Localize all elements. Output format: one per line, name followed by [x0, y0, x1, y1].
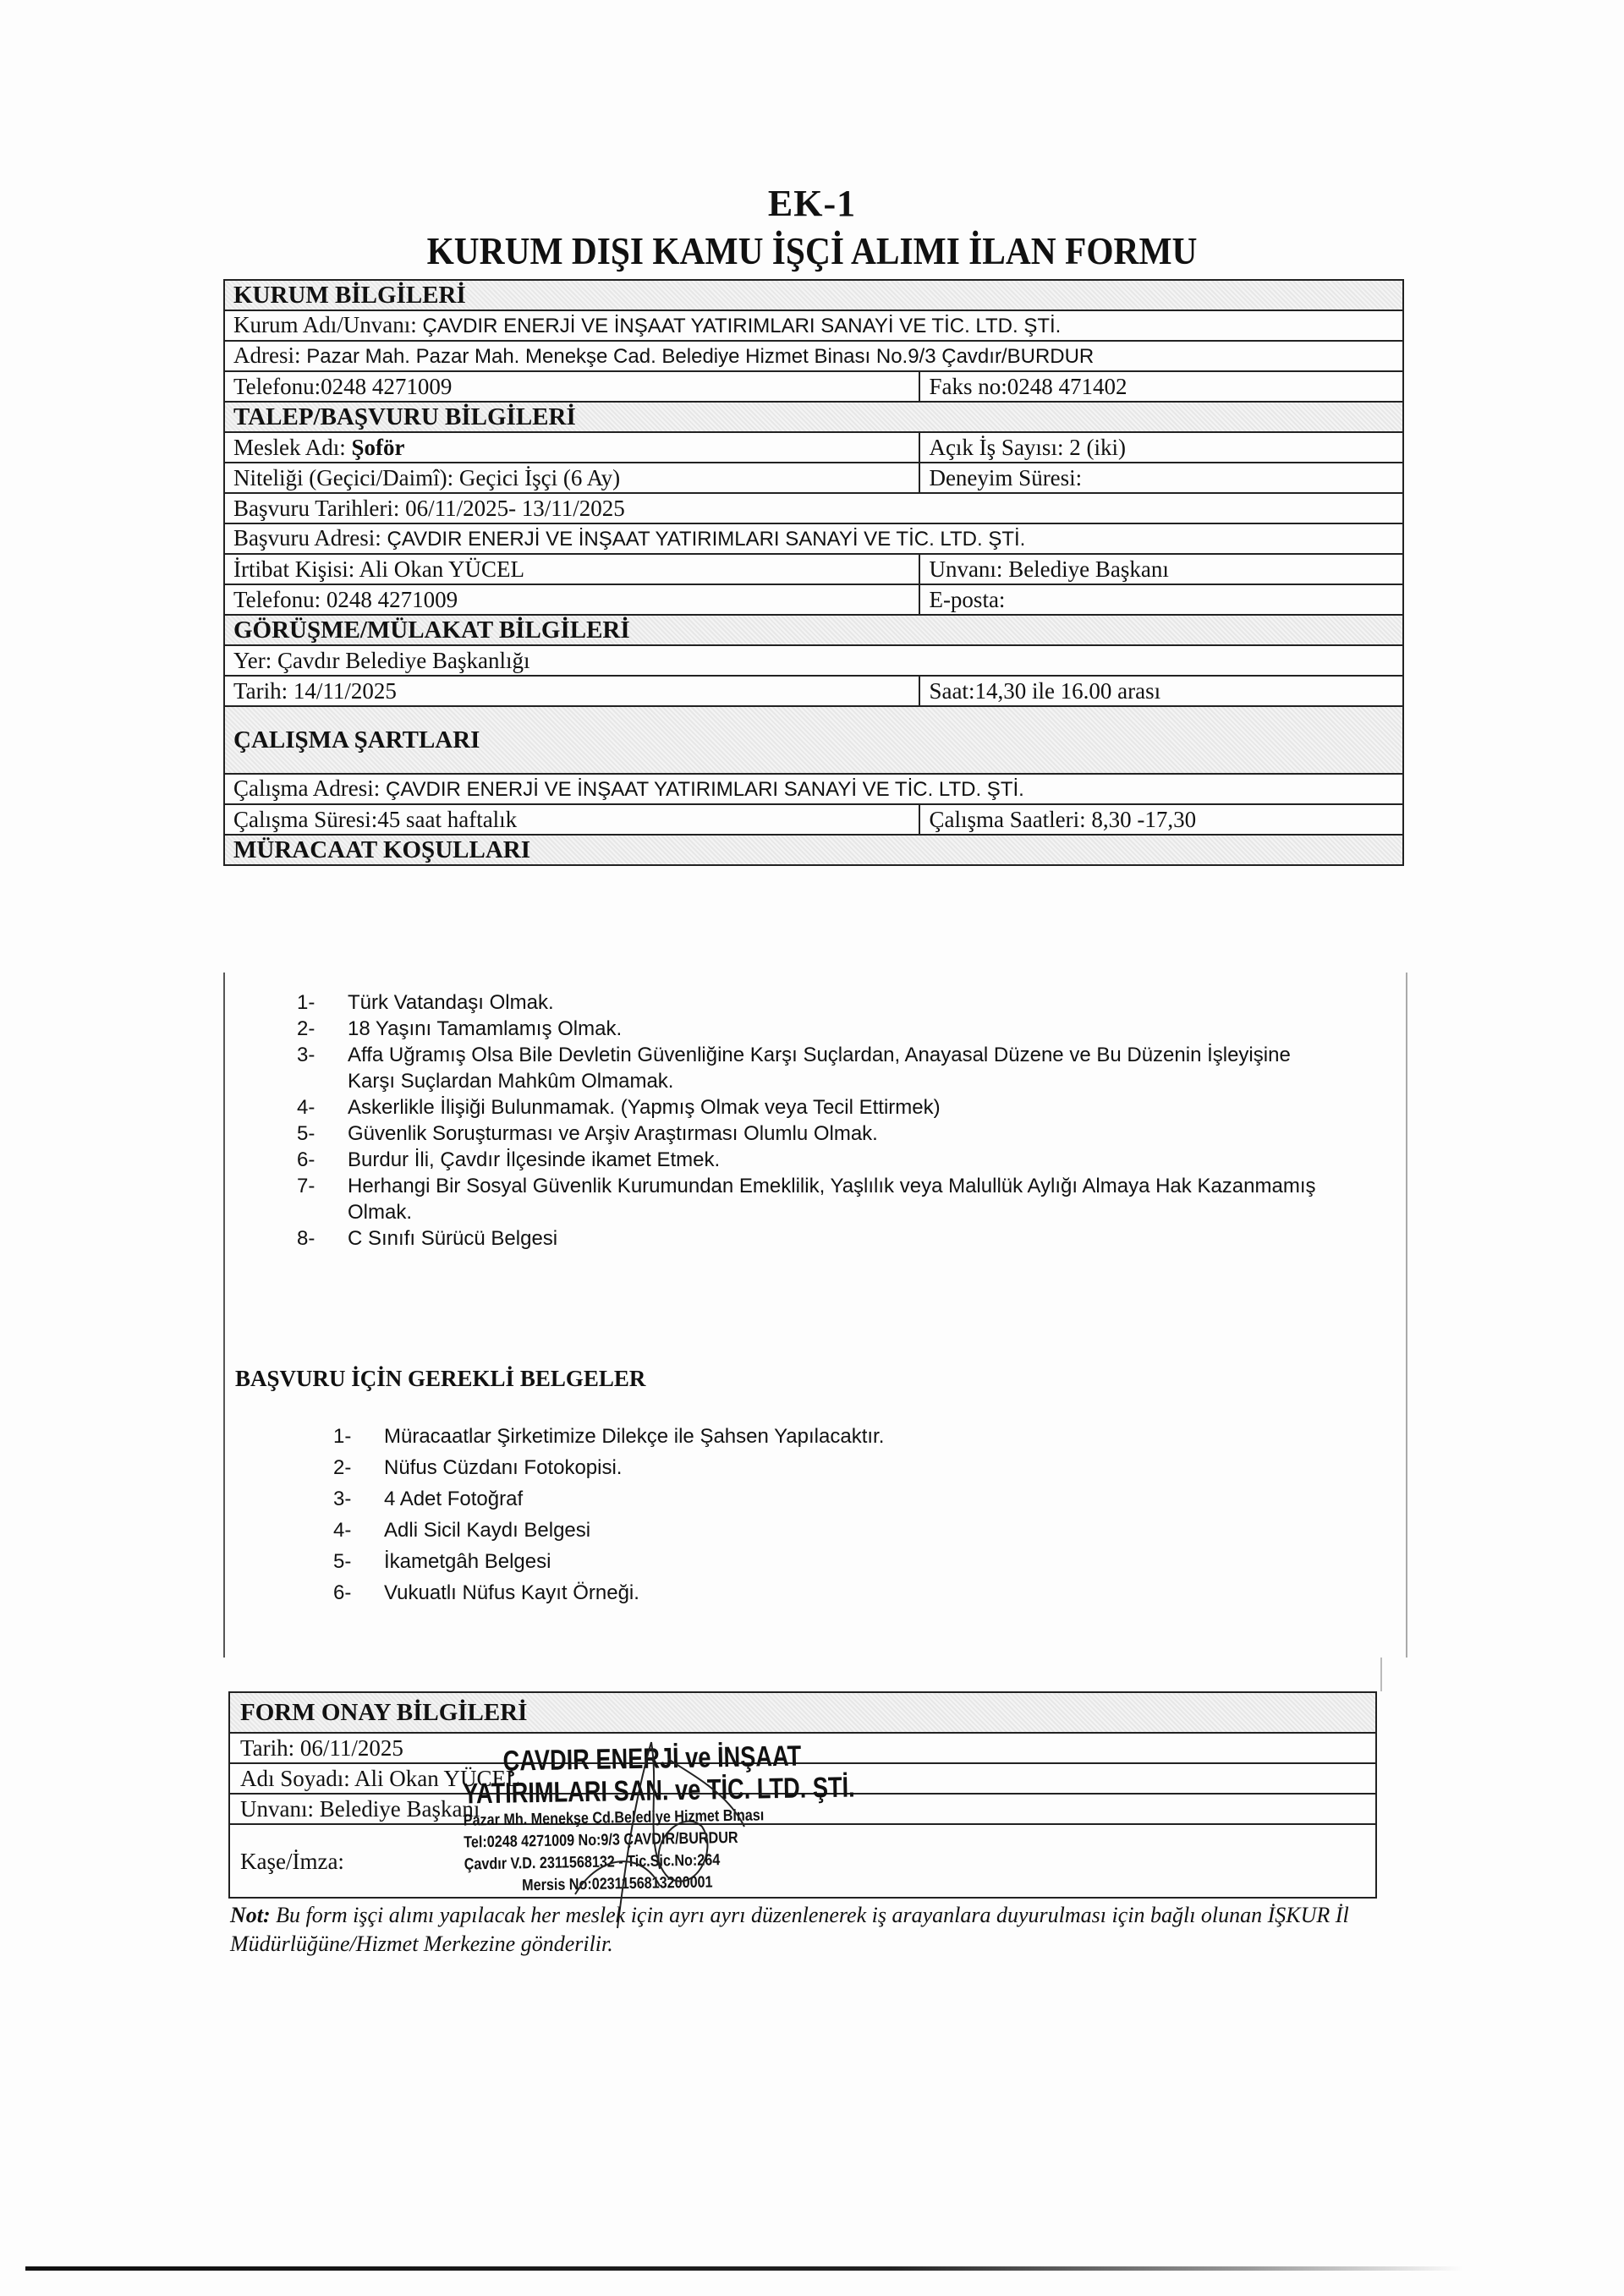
contact-person: İrtibat Kişisi: Ali Okan YÜCEL	[224, 554, 919, 584]
list-item: 5-İkametgâh Belgesi	[333, 1546, 1264, 1577]
contact-phone-row: Telefonu: 0248 4271009 E-posta:	[224, 584, 1403, 615]
list-text: Vukuatlı Nüfus Kayıt Örneği.	[384, 1577, 1264, 1608]
list-number: 3-	[297, 1042, 348, 1094]
section-title: TALEP/BAŞVURU BİLGİLERİ	[224, 402, 1403, 432]
list-text: Güvenlik Soruşturması ve Arşiv Araştırma…	[348, 1121, 1337, 1147]
list-text: Herhangi Bir Sosyal Güvenlik Kurumundan …	[348, 1173, 1337, 1225]
list-text: C Sınıfı Sürücü Belgesi	[348, 1225, 1337, 1252]
list-number: 4-	[333, 1515, 384, 1546]
list-text: Askerlikle İlişiği Bulunmamak. (Yapmış O…	[348, 1094, 1337, 1121]
application-dates: Başvuru Tarihleri: 06/11/2025- 13/11/202…	[224, 493, 1403, 523]
application-conditions-list: 1-Türk Vatandaşı Olmak.2-18 Yaşını Tamam…	[297, 989, 1337, 1252]
kurum-name-row: Kurum Adı/Unvanı: ÇAVDIR ENERJİ VE İNŞAA…	[224, 310, 1403, 341]
list-text: Müracaatlar Şirketimize Dilekçe ile Şahs…	[384, 1421, 1264, 1452]
scan-artifact	[1380, 1658, 1382, 1691]
list-item: 3-4 Adet Fotoğraf	[333, 1483, 1264, 1515]
field-label: Kurum Adı/Unvanı:	[233, 312, 417, 337]
occupation-value: Şoför	[352, 435, 405, 460]
list-number: 3-	[333, 1483, 384, 1515]
list-item: 6-Vukuatlı Nüfus Kayıt Örneği.	[333, 1577, 1264, 1608]
field-label: Çalışma Adresi:	[233, 775, 380, 801]
interview-time: Saat:14,30 ile 16.00 arası	[919, 676, 1403, 706]
required-documents-title: BAŞVURU İÇİN GEREKLİ BELGELER	[235, 1366, 645, 1392]
note-text: Bu form işçi alımı yapılacak her meslek …	[230, 1903, 1349, 1956]
application-address: ÇAVDIR ENERJİ VE İNŞAAT YATIRIMLARI SANA…	[387, 528, 1026, 551]
list-text: 18 Yaşını Tamamlamış Olmak.	[348, 1016, 1337, 1042]
list-text: Nüfus Cüzdanı Fotokopisi.	[384, 1452, 1264, 1483]
section-title: MÜRACAAT KOŞULLARI	[224, 835, 1403, 865]
list-number: 6-	[333, 1577, 384, 1608]
calisma-section-header: ÇALIŞMA ŞARTLARI	[224, 706, 1403, 774]
interview-place-row: Yer: Çavdır Belediye Başkanlığı	[224, 645, 1403, 676]
contact-email: E-posta:	[919, 584, 1403, 615]
onay-section-header: FORM ONAY BİLGİLERİ	[229, 1692, 1376, 1733]
interview-date: Tarih: 14/11/2025	[224, 676, 919, 706]
list-item: 1-Türk Vatandaşı Olmak.	[297, 989, 1337, 1016]
job-nature: Niteliği (Geçici/Daimî): Geçici İşçi (6 …	[224, 463, 919, 493]
list-number: 5-	[297, 1121, 348, 1147]
gorusme-section-header: GÖRÜŞME/MÜLAKAT BİLGİLERİ	[224, 615, 1403, 645]
institution-fax: Faks no:0248 471402	[919, 371, 1403, 402]
company-stamp: ÇAVDIR ENERJİ ve İNŞAAT YATIRIMLARI SAN.…	[462, 1738, 904, 1915]
list-text: Affa Uğramış Olsa Bile Devletin Güvenliğ…	[348, 1042, 1337, 1094]
note-label: Not:	[230, 1903, 271, 1927]
contact-row: İrtibat Kişisi: Ali Okan YÜCEL Unvanı: B…	[224, 554, 1403, 584]
list-number: 5-	[333, 1546, 384, 1577]
list-item: 2-Nüfus Cüzdanı Fotokopisi.	[333, 1452, 1264, 1483]
experience-duration: Deneyim Süresi:	[919, 463, 1403, 493]
list-number: 2-	[297, 1016, 348, 1042]
muracaat-section-header: MÜRACAAT KOŞULLARI	[224, 835, 1403, 865]
list-text: Adli Sicil Kaydı Belgesi	[384, 1515, 1264, 1546]
list-number: 7-	[297, 1173, 348, 1225]
list-item: 8-C Sınıfı Sürücü Belgesi	[297, 1225, 1337, 1252]
open-positions: Açık İş Sayısı: 2 (iki)	[919, 432, 1403, 463]
section-title: FORM ONAY BİLGİLERİ	[229, 1692, 1376, 1733]
institution-address: Pazar Mah. Pazar Mah. Menekşe Cad. Beled…	[306, 345, 1094, 368]
nature-row: Niteliği (Geçici/Daimî): Geçici İşçi (6 …	[224, 463, 1403, 493]
list-text: Türk Vatandaşı Olmak.	[348, 989, 1337, 1016]
list-number: 6-	[297, 1147, 348, 1173]
list-item: 1-Müracaatlar Şirketimize Dilekçe ile Şa…	[333, 1421, 1264, 1452]
work-address-row: Çalışma Adresi: ÇAVDIR ENERJİ VE İNŞAAT …	[224, 774, 1403, 804]
document-title: KURUM DIŞI KAMU İŞÇİ ALIMI İLAN FORMU	[81, 228, 1543, 273]
list-text: Burdur İli, Çavdır İlçesinde ikamet Etme…	[348, 1147, 1337, 1173]
list-item: 2-18 Yaşını Tamamlamış Olmak.	[297, 1016, 1337, 1042]
application-dates-row: Başvuru Tarihleri: 06/11/2025- 13/11/202…	[224, 493, 1403, 523]
list-item: 4-Adli Sicil Kaydı Belgesi	[333, 1515, 1264, 1546]
contact-phone: Telefonu: 0248 4271009	[224, 584, 919, 615]
required-documents-list: 1-Müracaatlar Şirketimize Dilekçe ile Şa…	[333, 1421, 1264, 1608]
institution-phone: Telefonu:0248 4271009	[224, 371, 919, 402]
work-time-row: Çalışma Süresi:45 saat haftalık Çalışma …	[224, 804, 1403, 835]
list-number: 8-	[297, 1225, 348, 1252]
scan-edge-line	[25, 2266, 1463, 2271]
list-text: 4 Adet Fotoğraf	[384, 1483, 1264, 1515]
footnote: Not: Bu form işçi alımı yapılacak her me…	[230, 1901, 1414, 1959]
kurum-contact-row: Telefonu:0248 4271009 Faks no:0248 47140…	[224, 371, 1403, 402]
annex-label: EK-1	[0, 182, 1624, 225]
work-duration: Çalışma Süresi:45 saat haftalık	[224, 804, 919, 835]
list-number: 1-	[297, 989, 348, 1016]
list-text: İkametgâh Belgesi	[384, 1546, 1264, 1577]
list-item: 3-Affa Uğramış Olsa Bile Devletin Güvenl…	[297, 1042, 1337, 1094]
kurum-section-header: KURUM BİLGİLERİ	[224, 280, 1403, 310]
list-item: 6-Burdur İli, Çavdır İlçesinde ikamet Et…	[297, 1147, 1337, 1173]
interview-datetime-row: Tarih: 14/11/2025 Saat:14,30 ile 16.00 a…	[224, 676, 1403, 706]
list-item: 5-Güvenlik Soruşturması ve Arşiv Araştır…	[297, 1121, 1337, 1147]
list-number: 2-	[333, 1452, 384, 1483]
field-label: Adresi:	[233, 342, 300, 368]
application-address-row: Başvuru Adresi: ÇAVDIR ENERJİ VE İNŞAAT …	[224, 523, 1403, 554]
interview-place: Yer: Çavdır Belediye Başkanlığı	[224, 645, 1403, 676]
kurum-address-row: Adresi: Pazar Mah. Pazar Mah. Menekşe Ca…	[224, 341, 1403, 371]
work-address: ÇAVDIR ENERJİ VE İNŞAAT YATIRIMLARI SANA…	[386, 778, 1024, 801]
conditions-and-documents-box: 1-Türk Vatandaşı Olmak.2-18 Yaşını Tamam…	[223, 973, 1407, 1658]
institution-name: ÇAVDIR ENERJİ VE İNŞAAT YATIRIMLARI SANA…	[423, 315, 1062, 337]
section-title: GÖRÜŞME/MÜLAKAT BİLGİLERİ	[224, 615, 1403, 645]
section-title: ÇALIŞMA ŞARTLARI	[224, 706, 1403, 774]
contact-title: Unvanı: Belediye Başkanı	[919, 554, 1403, 584]
talep-section-header: TALEP/BAŞVURU BİLGİLERİ	[224, 402, 1403, 432]
main-form-table: KURUM BİLGİLERİ Kurum Adı/Unvanı: ÇAVDIR…	[223, 279, 1404, 866]
list-item: 7-Herhangi Bir Sosyal Güvenlik Kurumunda…	[297, 1173, 1337, 1225]
occupation-row: Meslek Adı: Şoför Açık İş Sayısı: 2 (iki…	[224, 432, 1403, 463]
document-page: EK-1 KURUM DIŞI KAMU İŞÇİ ALIMI İLAN FOR…	[0, 0, 1624, 2296]
list-number: 1-	[333, 1421, 384, 1452]
work-hours: Çalışma Saatleri: 8,30 -17,30	[919, 804, 1403, 835]
field-label: Meslek Adı:	[233, 435, 346, 460]
list-number: 4-	[297, 1094, 348, 1121]
field-label: Başvuru Adresi:	[233, 525, 381, 551]
list-item: 4-Askerlikle İlişiği Bulunmamak. (Yapmış…	[297, 1094, 1337, 1121]
section-title: KURUM BİLGİLERİ	[224, 280, 1403, 310]
